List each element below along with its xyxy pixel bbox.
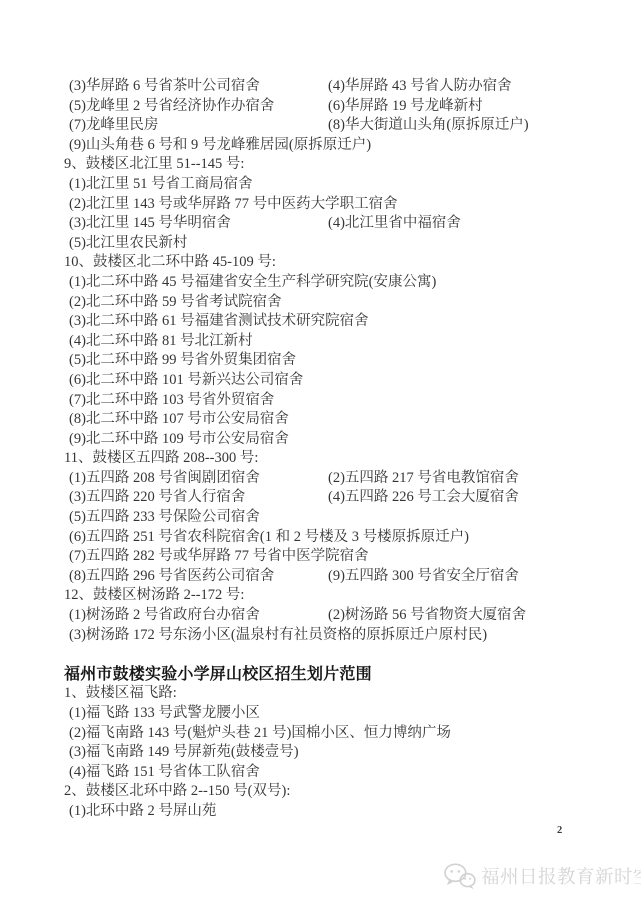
doc-text: (3)福飞南路 149 号屏新苑(鼓楼壹号) xyxy=(69,743,328,763)
doc-text: (5)五四路 233 号保险公司宿舍 xyxy=(69,508,328,528)
doc-text: (4)福飞路 151 号省体工队宿舍 xyxy=(69,763,328,783)
doc-text: (1)树汤路 2 号省政府台办宿舍 xyxy=(69,606,328,626)
doc-text: (6)北二环中路 101 号新兴达公司宿舍 xyxy=(69,371,328,391)
doc-text: (7)龙峰里民房 xyxy=(69,116,328,136)
doc-text: (5)北二环中路 99 号省外贸集团宿舍 xyxy=(69,351,328,371)
doc-text: 9、鼓楼区北江里 51--145 号: xyxy=(64,155,323,175)
doc-item-line: (9)北二环中路 109 号市公安局宿舍 xyxy=(64,430,584,450)
doc-item-line: (3)北江里 145 号华明宿舍(4)北江里省中福宿舍 xyxy=(64,214,584,234)
document-body: (3)华屏路 6 号省茶叶公司宿舍(4)华屏路 43 号省人防办宿舍(5)龙峰里… xyxy=(64,77,584,822)
doc-text: (3)华屏路 6 号省茶叶公司宿舍 xyxy=(69,77,328,97)
doc-section-line: 9、鼓楼区北江里 51--145 号: xyxy=(64,155,584,175)
doc-text: (4)北二环中路 81 号北江新村 xyxy=(69,332,328,352)
doc-text: (7)北二环中路 103 号省外贸宿舍 xyxy=(69,391,328,411)
doc-text: (3)树汤路 172 号东汤小区(温泉村有社员资格的原拆原迁户原村民) xyxy=(69,626,487,646)
brand-watermark-text: 福州日报教育新时空 xyxy=(481,863,641,889)
doc-text: (3)五四路 220 号省人行宿舍 xyxy=(69,488,328,508)
doc-item-line: (3)福飞南路 149 号屏新苑(鼓楼壹号) xyxy=(64,743,584,763)
doc-text: (9)山头角巷 6 号和 9 号龙峰雅居园(原拆原迁户) xyxy=(69,136,371,156)
doc-item-line: (1)北环中路 2 号屏山苑 xyxy=(64,802,584,822)
doc-text: 福州市鼓楼实验小学屏山校区招生划片范围 xyxy=(64,665,372,685)
doc-section-line: 2、鼓楼区北环中路 2--150 号(双号): xyxy=(64,782,584,802)
doc-text: (2)北江里 143 号或华屏路 77 号中医药大学职工宿舍 xyxy=(69,195,398,215)
doc-text: (6)华屏路 19 号龙峰新村 xyxy=(328,97,483,117)
doc-text: 11、鼓楼区五四路 208--300 号: xyxy=(64,449,323,469)
doc-item-line: (3)北二环中路 61 号福建省测试技术研究院宿舍 xyxy=(64,312,584,332)
doc-text: (4)北江里省中福宿舍 xyxy=(328,214,461,234)
doc-text: (4)华屏路 43 号省人防办宿舍 xyxy=(328,77,512,97)
doc-item-line: (7)龙峰里民房(8)华大街道山头角(原拆原迁户) xyxy=(64,116,584,136)
doc-item-line: (3)华屏路 6 号省茶叶公司宿舍(4)华屏路 43 号省人防办宿舍 xyxy=(64,77,584,97)
doc-blank-line xyxy=(64,645,584,665)
doc-text: (2)北二环中路 59 号省考试院宿舍 xyxy=(69,293,328,313)
document-page: (3)华屏路 6 号省茶叶公司宿舍(4)华屏路 43 号省人防办宿舍(5)龙峰里… xyxy=(0,0,641,907)
doc-item-line: (5)龙峰里 2 号省经济协作办宿舍(6)华屏路 19 号龙峰新村 xyxy=(64,97,584,117)
doc-item-line: (7)北二环中路 103 号省外贸宿舍 xyxy=(64,391,584,411)
doc-text: (3)北二环中路 61 号福建省测试技术研究院宿舍 xyxy=(69,312,369,332)
doc-item-line: (3)树汤路 172 号东汤小区(温泉村有社员资格的原拆原迁户原村民) xyxy=(64,626,584,646)
brand-watermark: 福州日报教育新时空 xyxy=(443,862,641,890)
doc-text: 1、鼓楼区福飞路: xyxy=(64,684,323,704)
doc-text: (7)五四路 282 号或华屏路 77 号省中医学院宿舍 xyxy=(69,547,369,567)
doc-text: 12、鼓楼区树汤路 2--172 号: xyxy=(64,586,323,606)
doc-item-line: (4)北二环中路 81 号北江新村 xyxy=(64,332,584,352)
doc-text: (4)五四路 226 号工会大厦宿舍 xyxy=(328,488,519,508)
doc-item-line: (3)五四路 220 号省人行宿舍(4)五四路 226 号工会大厦宿舍 xyxy=(64,488,584,508)
doc-section-line: 12、鼓楼区树汤路 2--172 号: xyxy=(64,586,584,606)
doc-item-line: (5)北二环中路 99 号省外贸集团宿舍 xyxy=(64,351,584,371)
doc-section-line: 10、鼓楼区北二环中路 45-109 号: xyxy=(64,253,584,273)
doc-text: (9)五四路 300 号省安全厅宿舍 xyxy=(328,567,519,587)
doc-item-line: (2)福飞南路 143 号(魁炉头巷 21 号)国棉小区、恒力博纳广场 xyxy=(64,724,584,744)
doc-text: (6)五四路 251 号省农科院宿舍(1 和 2 号楼及 3 号楼原拆原迁户) xyxy=(69,528,469,548)
doc-item-line: (8)五四路 296 号省医药公司宿舍(9)五四路 300 号省安全厅宿舍 xyxy=(64,567,584,587)
doc-section-line: 1、鼓楼区福飞路: xyxy=(64,684,584,704)
doc-text: (1)北环中路 2 号屏山苑 xyxy=(69,802,328,822)
doc-heading: 福州市鼓楼实验小学屏山校区招生划片范围 xyxy=(64,665,584,685)
doc-text: (2)树汤路 56 号省物资大厦宿舍 xyxy=(328,606,526,626)
doc-item-line: (2)北江里 143 号或华屏路 77 号中医药大学职工宿舍 xyxy=(64,195,584,215)
doc-text: 2、鼓楼区北环中路 2--150 号(双号): xyxy=(64,782,323,802)
doc-item-line: (1)福飞路 133 号武警龙腰小区 xyxy=(64,704,584,724)
doc-item-line: (2)北二环中路 59 号省考试院宿舍 xyxy=(64,293,584,313)
page-number: 2 xyxy=(557,825,562,836)
doc-text: (1)北二环中路 45 号福建省安全生产科学研究院(安康公寓) xyxy=(69,273,436,293)
doc-item-line: (9)山头角巷 6 号和 9 号龙峰雅居园(原拆原迁户) xyxy=(64,136,584,156)
doc-item-line: (1)树汤路 2 号省政府台办宿舍(2)树汤路 56 号省物资大厦宿舍 xyxy=(64,606,584,626)
doc-text: (1)五四路 208 号省闽剧团宿舍 xyxy=(69,469,328,489)
doc-text: (2)五四路 217 号省电教馆宿舍 xyxy=(328,469,519,489)
doc-item-line: (4)福飞路 151 号省体工队宿舍 xyxy=(64,763,584,783)
doc-text: (1)福飞路 133 号武警龙腰小区 xyxy=(69,704,328,724)
doc-section-line: 11、鼓楼区五四路 208--300 号: xyxy=(64,449,584,469)
doc-text: (9)北二环中路 109 号市公安局宿舍 xyxy=(69,430,328,450)
doc-item-line: (6)北二环中路 101 号新兴达公司宿舍 xyxy=(64,371,584,391)
doc-text: (3)北江里 145 号华明宿舍 xyxy=(69,214,328,234)
doc-text: (8)华大街道山头角(原拆原迁户) xyxy=(328,116,529,136)
doc-item-line: (6)五四路 251 号省农科院宿舍(1 和 2 号楼及 3 号楼原拆原迁户) xyxy=(64,528,584,548)
doc-text: (8)北二环中路 107 号市公安局宿舍 xyxy=(69,410,328,430)
doc-item-line: (1)北二环中路 45 号福建省安全生产科学研究院(安康公寓) xyxy=(64,273,584,293)
doc-text: (5)龙峰里 2 号省经济协作办宿舍 xyxy=(69,97,328,117)
doc-text: (1)北江里 51 号省工商局宿舍 xyxy=(69,175,328,195)
doc-text: 10、鼓楼区北二环中路 45-109 号: xyxy=(64,253,323,273)
doc-item-line: (5)五四路 233 号保险公司宿舍 xyxy=(64,508,584,528)
doc-text: (2)福飞南路 143 号(魁炉头巷 21 号)国棉小区、恒力博纳广场 xyxy=(69,724,451,744)
doc-item-line: (7)五四路 282 号或华屏路 77 号省中医学院宿舍 xyxy=(64,547,584,567)
doc-item-line: (1)北江里 51 号省工商局宿舍 xyxy=(64,175,584,195)
doc-item-line: (1)五四路 208 号省闽剧团宿舍(2)五四路 217 号省电教馆宿舍 xyxy=(64,469,584,489)
doc-item-line: (5)北江里农民新村 xyxy=(64,234,584,254)
wechat-icon xyxy=(443,862,476,890)
doc-text: (5)北江里农民新村 xyxy=(69,234,328,254)
doc-text: (8)五四路 296 号省医药公司宿舍 xyxy=(69,567,328,587)
doc-item-line: (8)北二环中路 107 号市公安局宿舍 xyxy=(64,410,584,430)
